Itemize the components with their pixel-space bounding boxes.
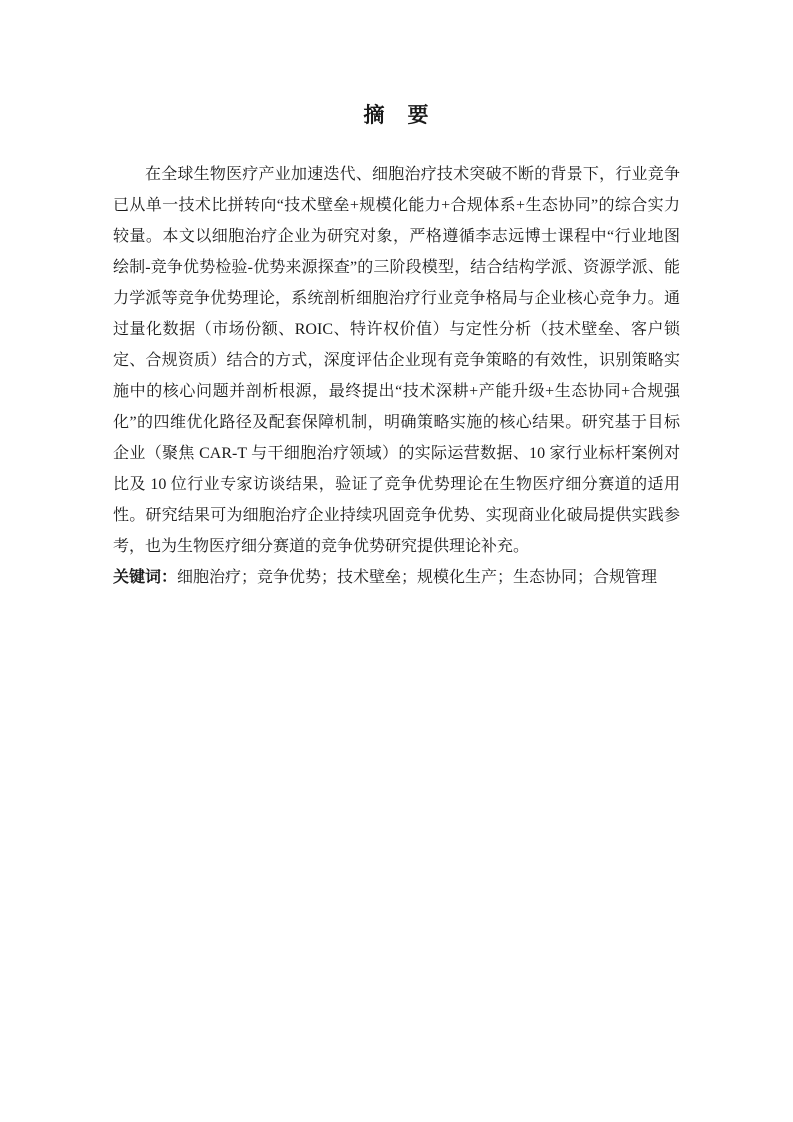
- document-page: 摘 要 在全球生物医疗产业加速迭代、细胞治疗技术突破不断的背景下，行业竞争已从单…: [0, 0, 793, 1122]
- keywords-label: 关键词：: [113, 569, 177, 586]
- keywords-line: 关键词：细胞治疗；竞争优势；技术壁垒；规模化生产；生态协同；合规管理: [113, 562, 680, 593]
- abstract-body: 在全球生物医疗产业加速迭代、细胞治疗技术突破不断的背景下，行业竞争已从单一技术比…: [113, 159, 680, 593]
- keywords-text: 细胞治疗；竞争优势；技术壁垒；规模化生产；生态协同；合规管理: [177, 569, 657, 586]
- page-title: 摘 要: [0, 0, 793, 129]
- abstract-paragraph: 在全球生物医疗产业加速迭代、细胞治疗技术突破不断的背景下，行业竞争已从单一技术比…: [113, 159, 680, 562]
